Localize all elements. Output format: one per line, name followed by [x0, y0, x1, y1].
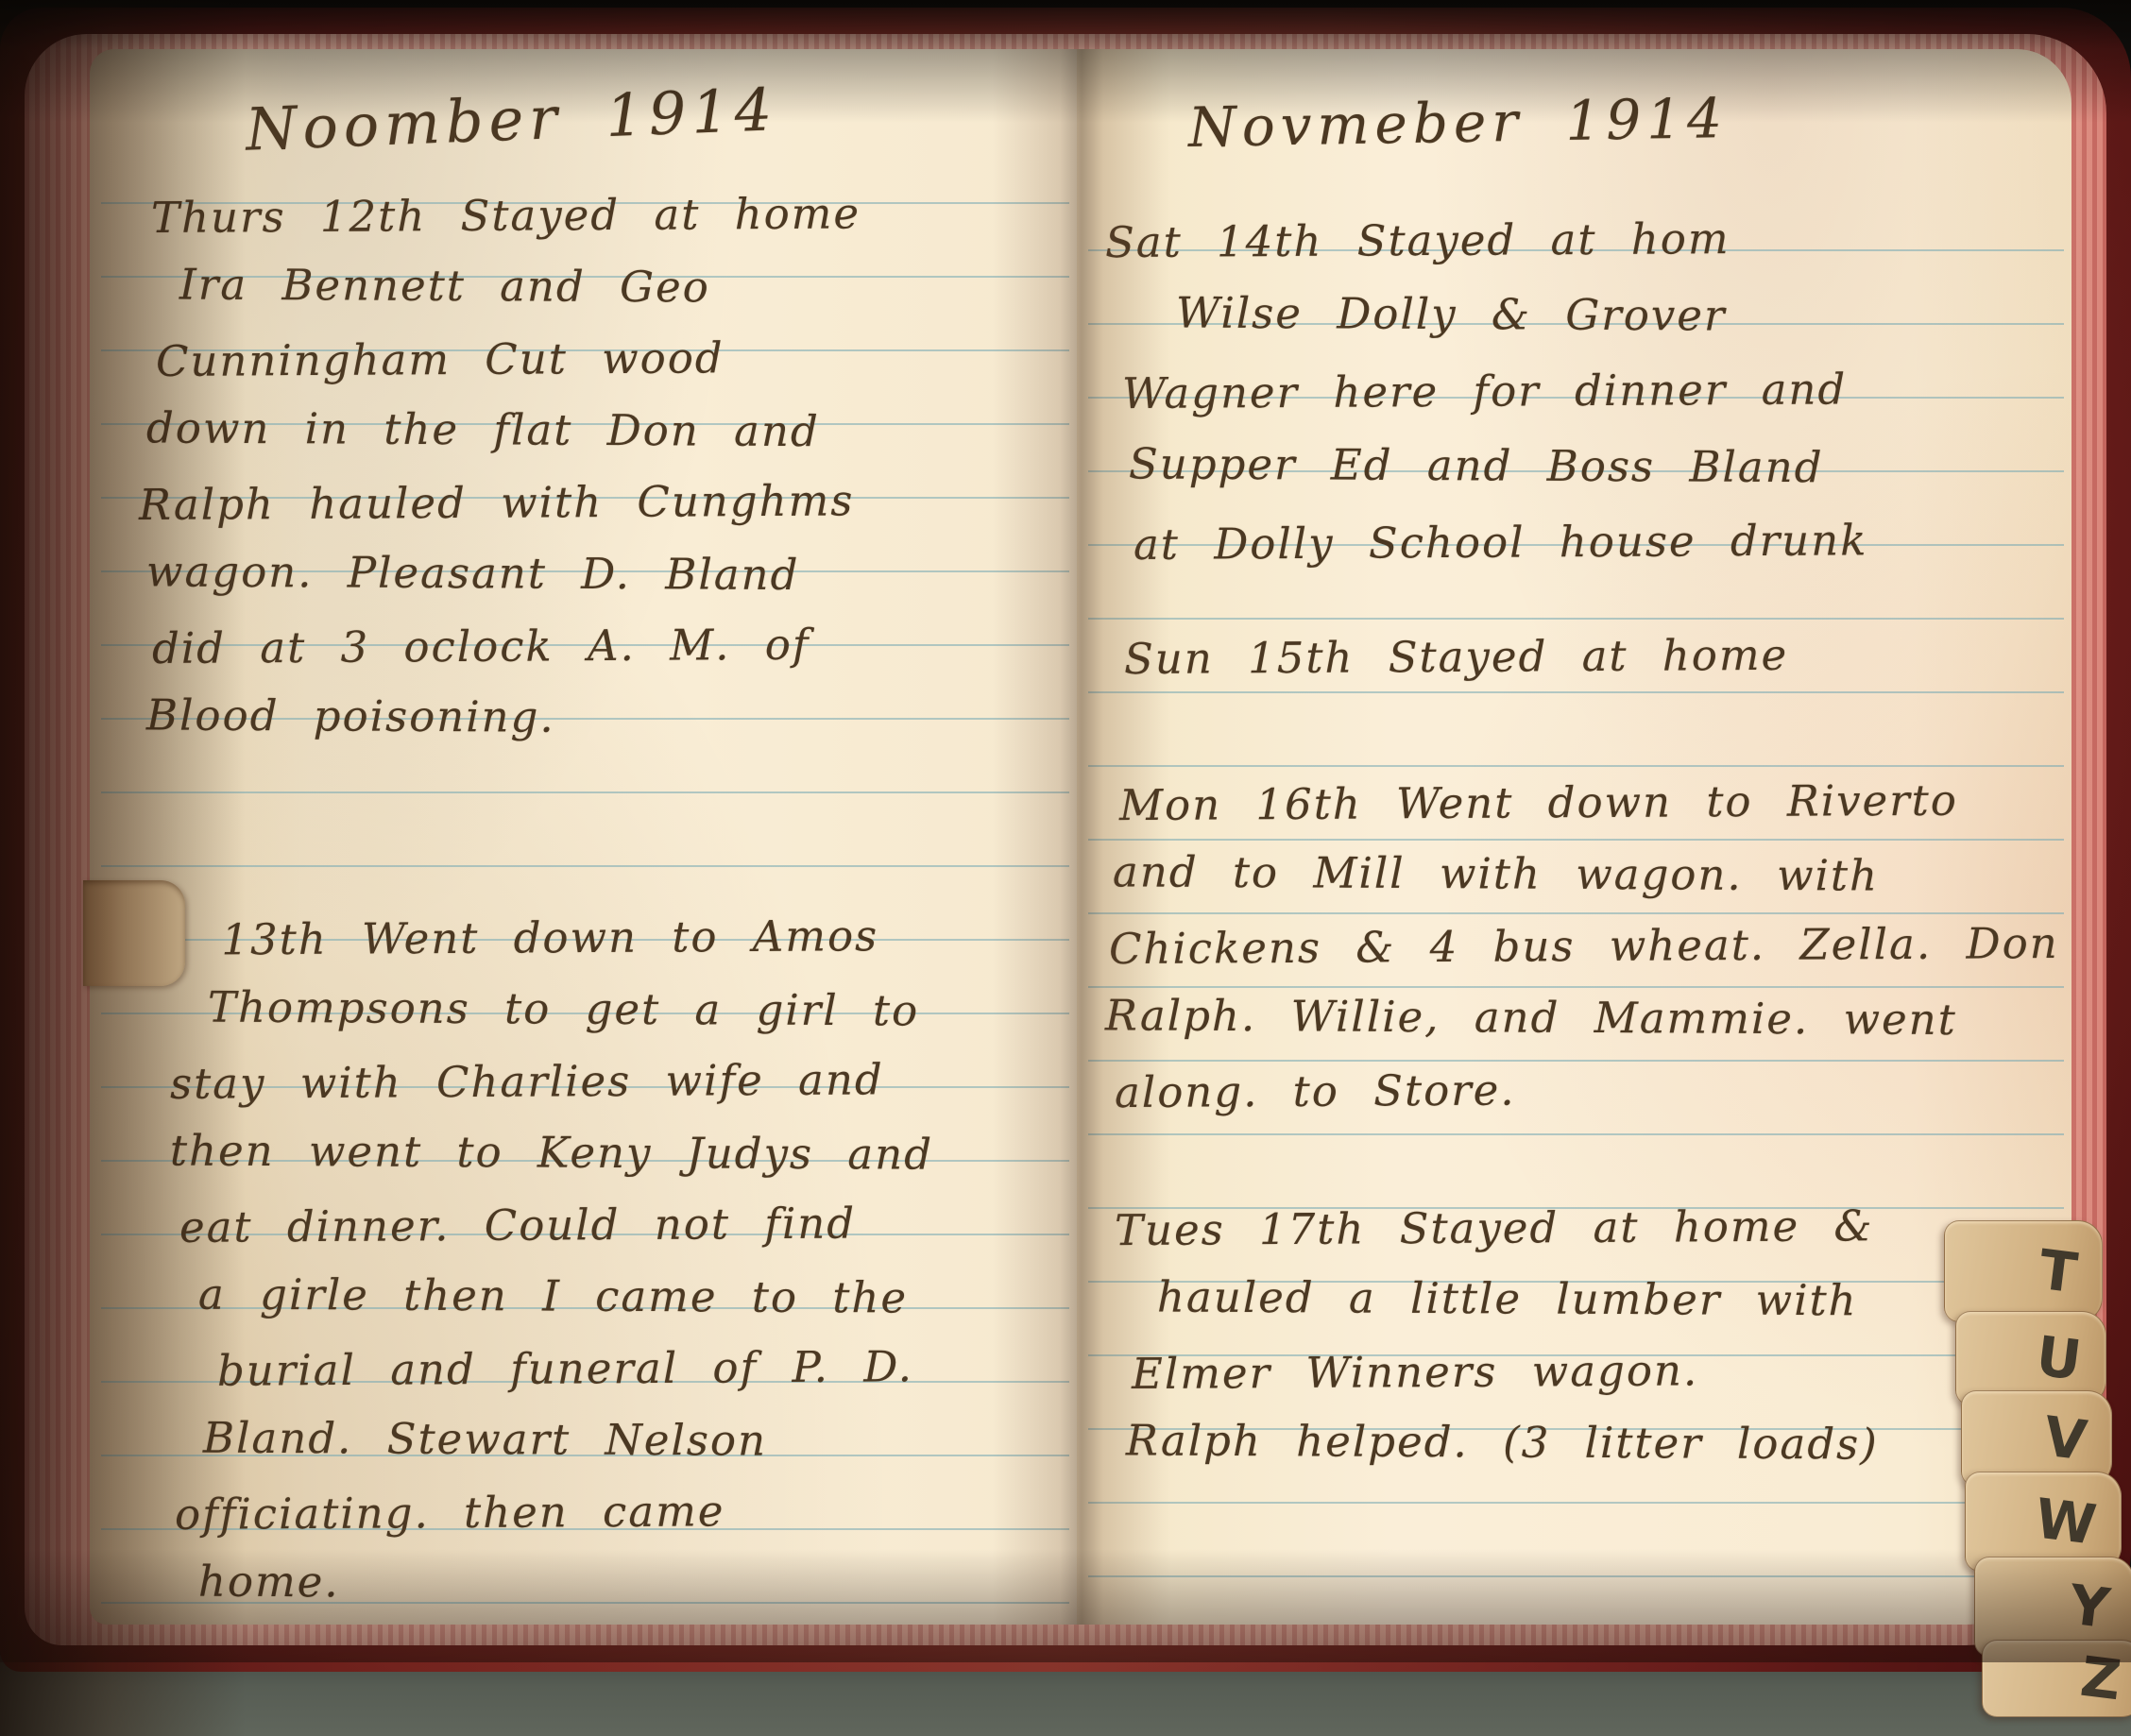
open-pages: Noomber 1914 Thurs 12th Stayed at home I…	[90, 49, 2071, 1625]
entry-line: burial and funeral of P. D.	[217, 1330, 1077, 1407]
entry-line: hauled a little lumber with	[1157, 1261, 2071, 1337]
entry-line: Wilse Dolly & Grover	[1176, 276, 2071, 356]
entry-line: at Dolly School house drunk	[1134, 502, 2071, 583]
entry-line: Cunningham Cut wood	[156, 320, 1077, 398]
right-page: Novmeber 1914 Sat 14th Stayed at hom Wil…	[1077, 49, 2071, 1625]
diary-scan: Noomber 1914 Thurs 12th Stayed at home I…	[0, 0, 2131, 1736]
entry-line: Chickens & 4 bus wheat. Zella. Don	[1109, 908, 2071, 985]
entry-line: Ralph hauled with Cunghms	[139, 464, 1077, 541]
index-tab-letter: T	[2036, 1237, 2081, 1305]
index-tab-letter: V	[2040, 1404, 2090, 1473]
entry-line: along. to Store.	[1115, 1051, 2071, 1129]
gutter-shadow	[992, 49, 1171, 1625]
entry-line: Sat 14th Stayed at hom	[1105, 199, 2071, 281]
entry-line: Ralph. Willie, and Mammie. went	[1105, 979, 2071, 1056]
entry-line: Mon 16th Went down to Riverto	[1119, 764, 2071, 842]
entry-line: Sun 15th Stayed at home	[1124, 618, 2071, 695]
entry-line: wagon. Pleasant D. Bland	[146, 536, 1077, 612]
index-tab-letter: W	[2032, 1486, 2100, 1557]
photo-vignette-left	[0, 0, 246, 1736]
diary-entry: Sun 15th Stayed at home	[1105, 621, 2071, 692]
diary-entry: Thurs 12th Stayed at home Ira Bennett an…	[118, 179, 1077, 754]
entry-line: down in the flat Don and	[146, 392, 1077, 468]
entry-line: Thurs 12th Stayed at home	[151, 177, 1077, 254]
entry-line: and to Mill with wagon. with	[1113, 836, 2071, 912]
entry-line: eat dinner. Could not find	[179, 1186, 1077, 1264]
photo-vignette-top	[0, 0, 2131, 123]
diary-entry: Fri 13th Went down to Amos Thompsons to …	[118, 902, 1077, 1620]
diary-entry: Tues 17th Stayed at home & hauled a litt…	[1105, 1192, 2071, 1479]
entry-line: then went to Keny Judys and	[170, 1115, 1077, 1191]
index-tab-t: T	[1944, 1220, 2103, 1322]
entry-line: Blood poisoning.	[146, 679, 1077, 756]
entry-line: Fri 13th Went down to Amos	[118, 899, 1077, 977]
entry-line: did at 3 oclock A. M. of	[152, 607, 1077, 685]
entry-line: stay with Charlies wife and	[170, 1043, 1077, 1120]
diary-entry: Mon 16th Went down to Riverto and to Mil…	[1105, 767, 2071, 1126]
entry-line: Supper Ed and Boss Bland	[1129, 426, 2071, 506]
entry-line: Ira Bennett and Geo	[179, 249, 1077, 326]
entry-line: a girle then I came to the	[198, 1259, 1077, 1336]
entry-line: Ralph helped. (3 litter loads)	[1126, 1404, 2071, 1481]
diary-entry: Sat 14th Stayed at hom Wilse Dolly & Gro…	[1105, 202, 2071, 580]
entry-line: Wagner here for dinner and	[1122, 350, 2071, 432]
entry-line: officiating. then came	[175, 1473, 1077, 1551]
index-tab-letter: U	[2033, 1323, 2085, 1392]
entry-line: Bland. Stewart Nelson	[203, 1403, 1077, 1479]
entry-line: Thompsons to get a girl to	[208, 972, 1077, 1048]
entry-line: Elmer Winners wagon.	[1132, 1333, 2071, 1410]
entry-line: Tues 17th Stayed at home &	[1115, 1189, 2071, 1267]
photo-vignette-bottom	[0, 1549, 2131, 1662]
